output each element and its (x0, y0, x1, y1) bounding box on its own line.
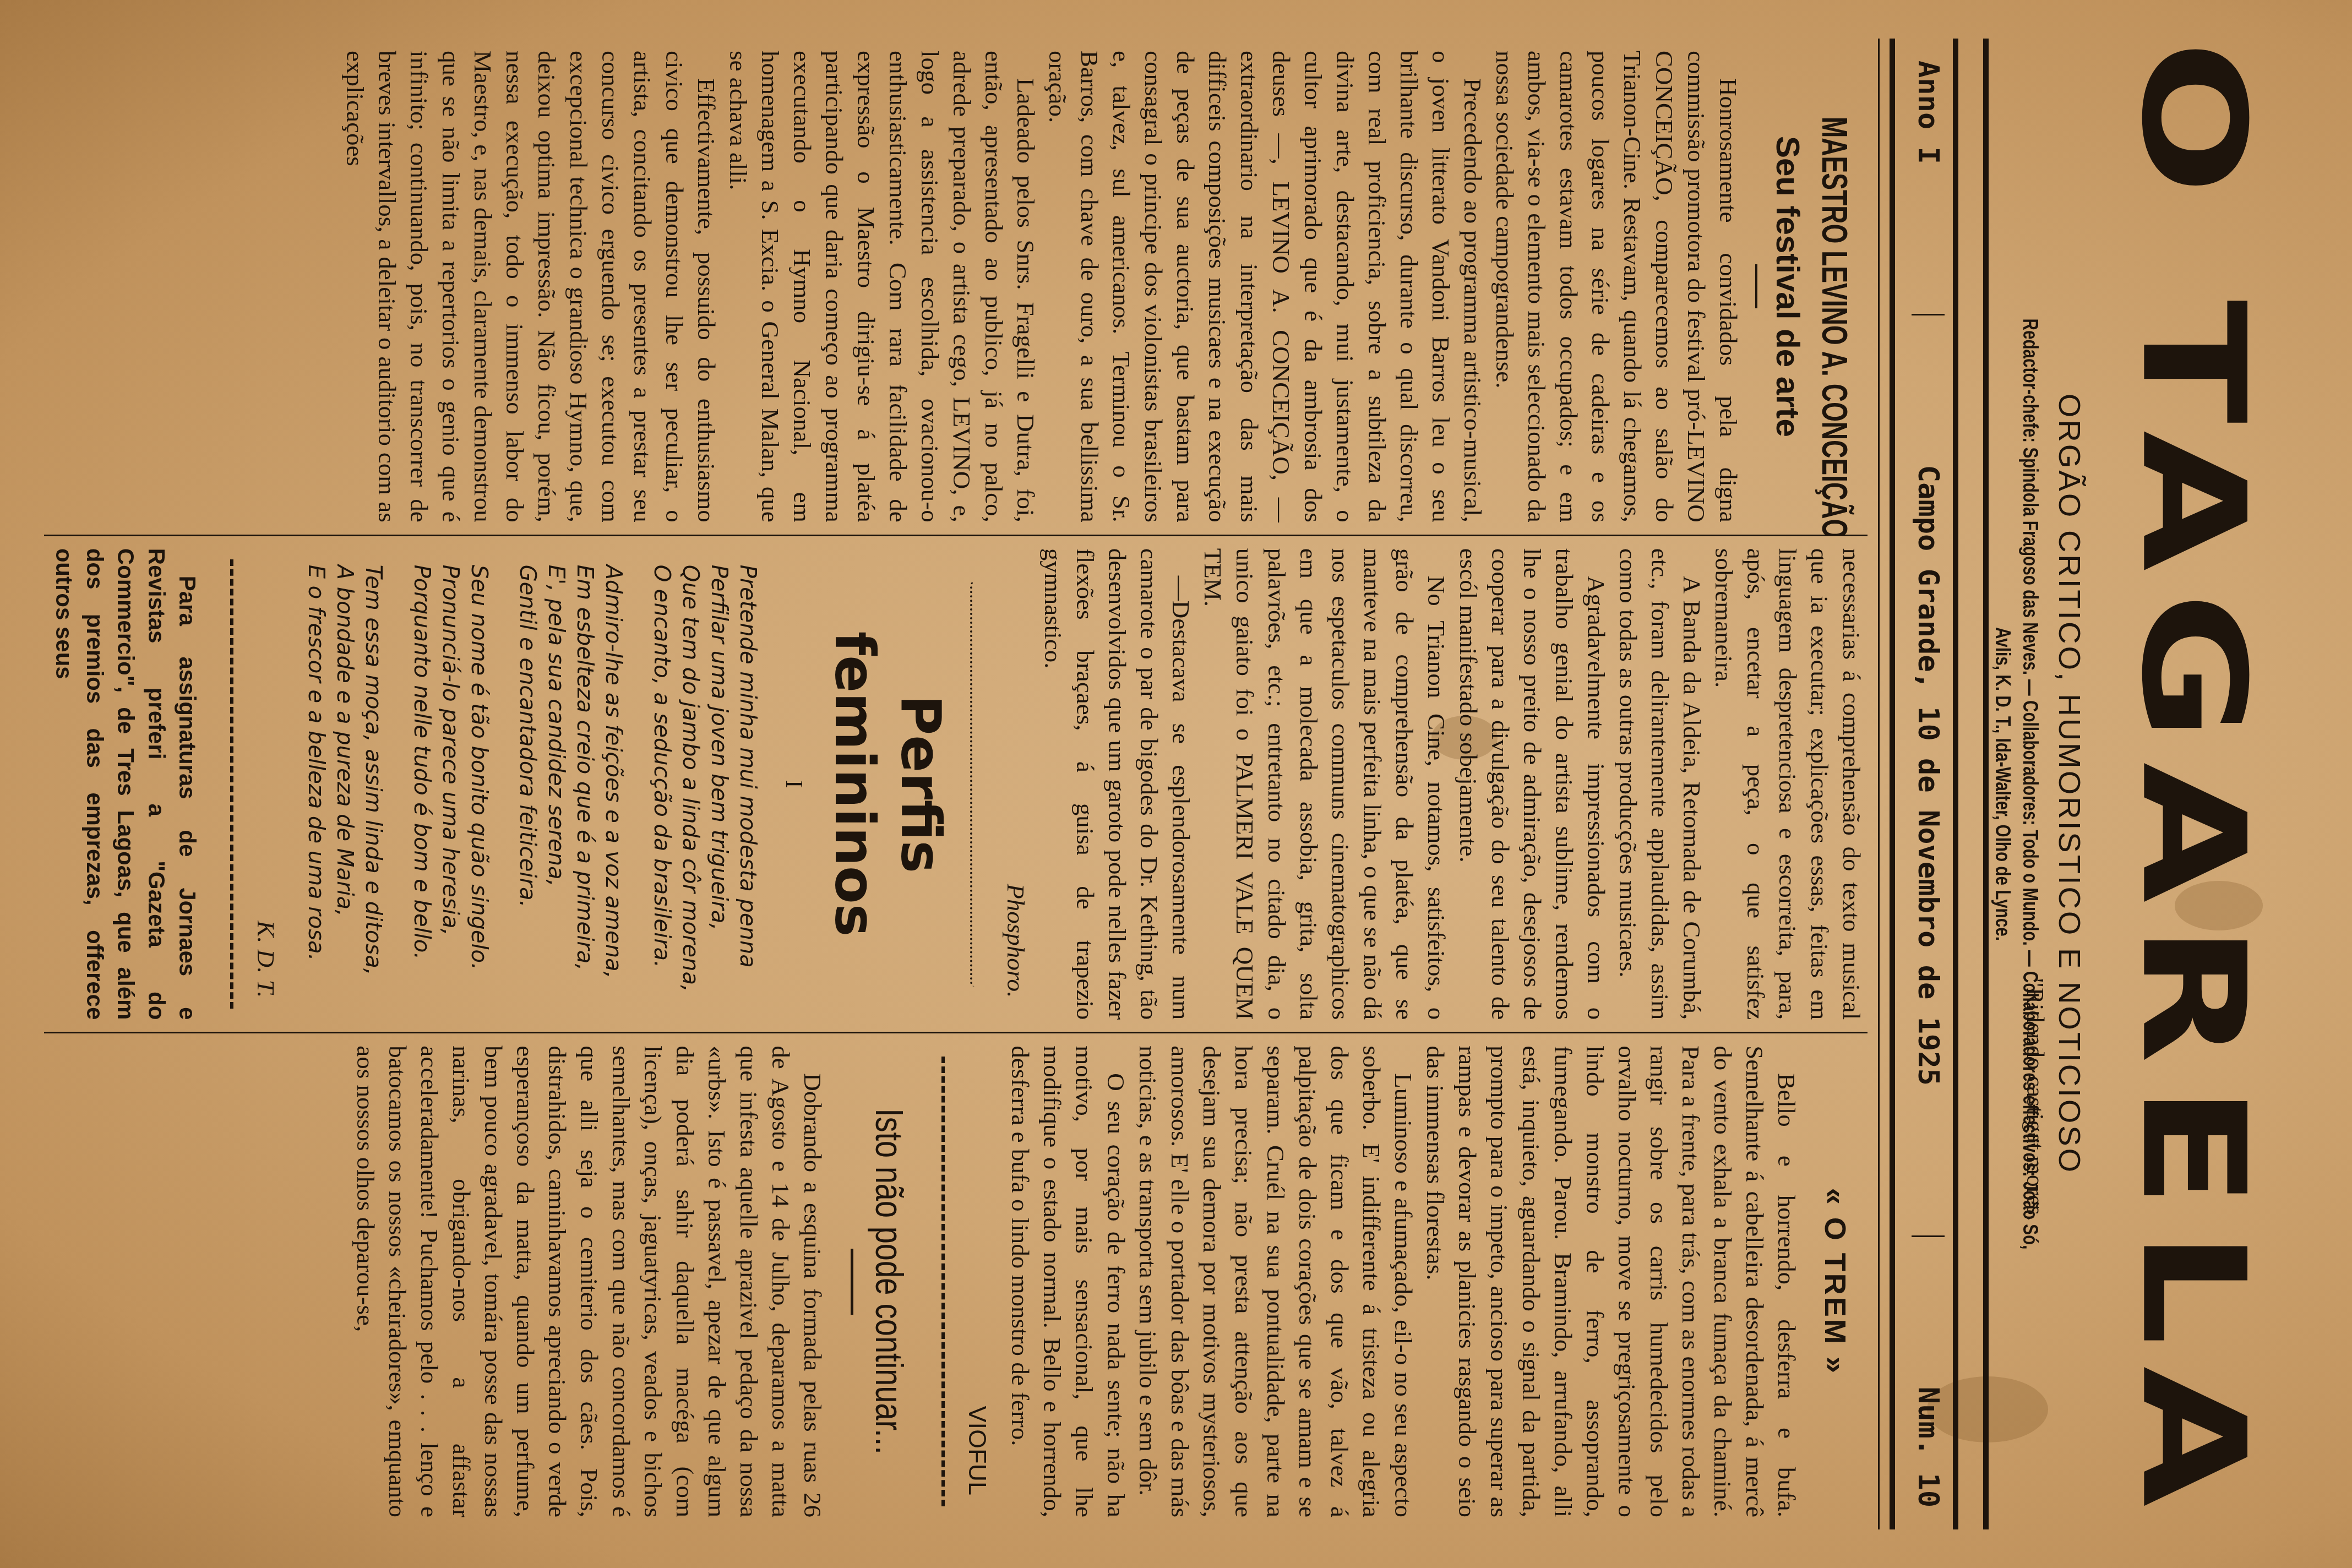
signature-phosphoro: Phosphoro. (1000, 548, 1032, 998)
paragraph: —Destacava se esplendorosamente num cama… (1037, 548, 1197, 1020)
verse: A bondade e a pureza de Maria, (330, 565, 359, 1020)
headline-isto-nao-pode-continuar: Isto não pode continuar... (864, 1093, 914, 1470)
verse: E', pela sua candidez serena, (542, 565, 570, 1020)
ornamental-rule (930, 1057, 945, 1506)
poem: Pretende minha mui modesta penna Perfila… (302, 548, 762, 1020)
staff-line-1: Redactor-chefe: Spindola Fragoso das Nev… (2016, 203, 2044, 1365)
headline-perfis-femininos: Perfis femininos (821, 548, 954, 1020)
stanza: Pretende minha mui modesta penna Perfila… (647, 565, 762, 1020)
paragraph: O seu coração de ferro nada sente; não h… (1004, 1046, 1132, 1517)
headline-maestro: MAESTRO LEVINO A. CONCEIÇÃO (1812, 117, 1856, 456)
verse: Admiro-lhe as feições e a voz amena, (599, 565, 628, 1020)
staff-rule (1953, 39, 1958, 1529)
column-3: « O TREM » Bello e horrendo, desferra e … (44, 1032, 1868, 1529)
paragraph: A Banda da Aldeia, Retomada de Corumbá, … (1612, 548, 1708, 1020)
verse: E o frescor e a belleza de uma rosa. (302, 565, 330, 1020)
paragraph: Agradavelmente impressionados com o trab… (1452, 548, 1612, 1020)
paragraph: Precedendo ao programma artistico-musica… (1042, 51, 1489, 522)
verse: Que tem do jambo a linda côr morena, (676, 565, 705, 1020)
paragraph: necessarias á comprehensão do texto musi… (1708, 548, 1868, 1020)
stanza: Seu nome é tão bonito quão singelo. Pron… (407, 565, 493, 1020)
newspaper-title: O TAGARELA (2122, 39, 2264, 1529)
newspaper-page: O TAGARELA ORGÃO CRITICO, HUMORISTICO E … (0, 0, 2352, 1568)
column-1: MAESTRO LEVINO A. CONCEIÇÃO Seu festival… (44, 39, 1868, 535)
paragraph: Bello e horrendo, desferra e bufa. Semel… (1419, 1046, 1803, 1517)
dateline: Anno I Campo Grande, 10 de Novembro de 1… (1906, 39, 1945, 1529)
verse: Seu nome é tão bonito quão singelo. (465, 565, 493, 1020)
paragraph: No Trianon Cine, notamos, satisfeitos, o… (1197, 548, 1452, 1020)
staff-line-2: Avlis, K. D. T., Ida-Walter, Olho de Lyn… (1989, 203, 2016, 1365)
issue-number: Num. 10 (1906, 1387, 1945, 1507)
dateline-separator (1912, 314, 1945, 315)
verse: Pronunciá-lo parece uma heresia, (436, 565, 465, 1020)
verse: Tem essa moça, assim linda e ditosa, (359, 565, 388, 1020)
paragraph: Honrosamente convidados pela digna commi… (1489, 51, 1744, 522)
stanza: Tem essa moça, assim linda e ditosa, A b… (302, 565, 388, 1020)
staff-credits: Redactor-chefe: Spindola Fragoso das Nev… (1989, 203, 2044, 1365)
issue-place-date: Campo Grande, 10 de Novembro de 1925 (1906, 465, 1945, 1086)
signature-kdt: K. D. T. (250, 548, 282, 998)
stanza: Admiro-lhe as feições e a voz amena, Em … (513, 565, 628, 1020)
headline-o-trem: « O TREM » (1819, 1046, 1851, 1517)
verse: Porquanto nelle tudo é bom e bello. (407, 565, 436, 1020)
signature-vioful: VIOFUL (961, 1046, 993, 1495)
dateline-separator (1912, 1235, 1945, 1237)
masthead-rule (1983, 39, 1989, 1529)
subheadline-festival: Seu festival de arte (1763, 51, 1812, 522)
wavy-divider (970, 581, 983, 987)
article-columns: MAESTRO LEVINO A. CONCEIÇÃO Seu festival… (44, 39, 1868, 1529)
verse: O encanto, a seducção da brasileira. (647, 565, 676, 1020)
scanned-page-backdrop: O TAGARELA ORGÃO CRITICO, HUMORISTICO E … (0, 0, 2352, 1568)
headline-rule (851, 1249, 853, 1315)
column-2: necessarias á comprehensão do texto musi… (44, 535, 1868, 1032)
verse: Gentil e encantadora feiticeira. (513, 565, 542, 1020)
issue-year: Anno I (1906, 61, 1945, 164)
section-number: I (778, 548, 810, 1020)
paragraph: Ladeado pelos Snrs. Fragelli e Dutra, fo… (722, 51, 1042, 522)
header-double-rule (1878, 39, 1895, 1529)
subscription-notice: Para assignaturas de Jornaes e Revistas … (48, 548, 203, 1020)
ornamental-rule (219, 559, 233, 1009)
verse: Pretende minha mui modesta penna (733, 565, 762, 1020)
newspaper-subtitle: ORGÃO CRITICO, HUMORISTICO E NOTICIOSO (2052, 39, 2088, 1529)
verse: Perfilar uma joven bem trigueira, (705, 565, 733, 1020)
paragraph: Dobrando a esquina formada pelas ruas 26… (350, 1046, 829, 1517)
paragraph: Luminoso e afumaçado, eil-o no seu aspec… (1132, 1046, 1419, 1517)
paragraph: Effectivamente, possuido do enthusiasmo … (339, 51, 722, 522)
headline-dash (1755, 264, 1757, 308)
verse: Em esbelteza creio que é a primeira, (570, 565, 599, 1020)
